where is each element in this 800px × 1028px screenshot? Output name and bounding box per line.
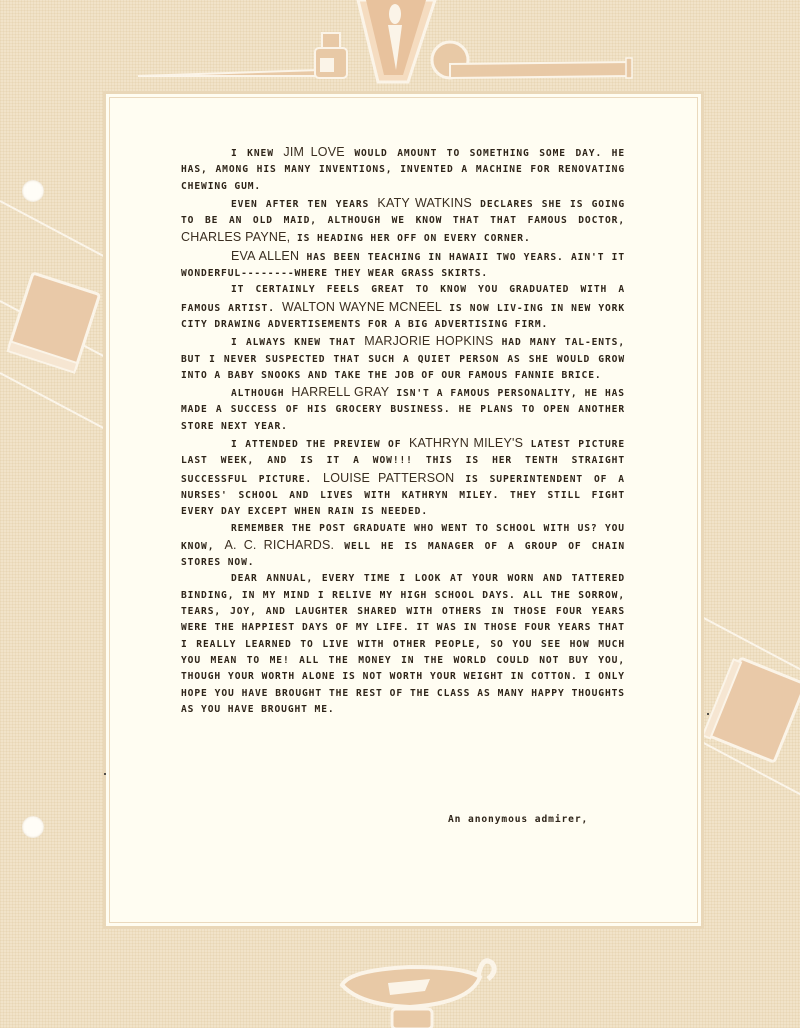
oil-lamp-icon <box>330 955 500 1028</box>
letter-paragraph: Although HARRELL GRAY isn't a famous per… <box>181 384 625 435</box>
speck <box>104 773 106 775</box>
letter-text: Dear Annual, every time I look at your w… <box>181 573 625 714</box>
letter-paragraph: It certainly feels great to know you gra… <box>181 282 625 333</box>
letter-text: Although <box>231 388 291 399</box>
binder-hole <box>22 180 44 202</box>
classmate-name: KATHRYN MILEY'S <box>409 436 523 450</box>
classmate-name: HARRELL GRAY <box>291 385 389 399</box>
letter-paragraph: I always knew that MARJORIE HOPKINS had … <box>181 333 625 384</box>
letter-body: I knew JIM LOVE would amount to somethin… <box>181 144 625 718</box>
letter-paragraph: EVA ALLEN has been teaching in Hawaii tw… <box>181 248 625 283</box>
classmate-name: KATY WATKINS <box>377 196 471 210</box>
letter-text: I knew <box>231 148 283 159</box>
classmate-name: CHARLES PAYNE, <box>181 230 290 244</box>
diploma-scroll-icon <box>432 42 632 78</box>
classmate-name: LOUISE PATTERSON <box>323 471 454 485</box>
letter-paragraph: Even after ten years KATY WATKINS declar… <box>181 195 625 248</box>
book-icon <box>4 270 104 380</box>
signature: An anonymous admirer, <box>448 814 588 825</box>
keystone-torch-icon <box>358 0 435 82</box>
ink-bottle-icon <box>315 33 347 78</box>
classmate-name: WALTON WAYNE MCNEEL <box>282 300 442 314</box>
classmate-name: JIM LOVE <box>283 145 344 159</box>
letter-text: I attended the preview of <box>231 439 409 450</box>
classmate-name: EVA ALLEN <box>231 249 299 263</box>
letter-text: is heading her off on every corner. <box>290 233 530 244</box>
letter-text: I always knew that <box>231 337 364 348</box>
letter-text: Even after ten years <box>231 199 377 210</box>
classmate-name: A. C. RICHARDS. <box>224 538 334 552</box>
classmate-name: MARJORIE HOPKINS <box>364 334 493 348</box>
letter-paragraph: I knew JIM LOVE would amount to somethin… <box>181 144 625 195</box>
quill-pen-icon <box>138 70 320 76</box>
letter-paragraph: Remember the post graduate who went to s… <box>181 521 625 572</box>
letter-paragraph: I attended the preview of KATHRYN MILEY'… <box>181 435 625 520</box>
top-emblem <box>130 0 670 90</box>
letter-paragraph: Dear Annual, every time I look at your w… <box>181 571 625 718</box>
book-icon <box>702 650 800 770</box>
speck <box>707 713 709 715</box>
binder-hole <box>22 816 44 838</box>
